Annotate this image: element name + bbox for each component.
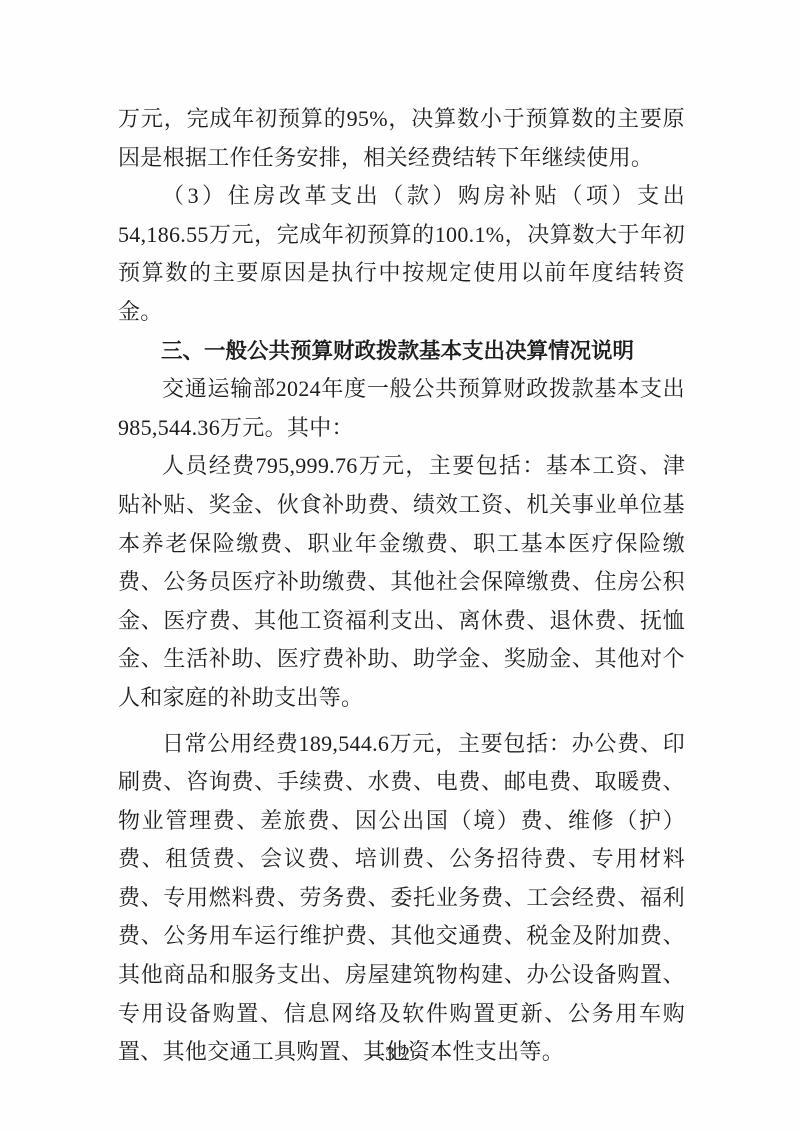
page-number: –32– [0,1043,800,1066]
paragraph: 交通运输部2024年度一般公共预算财政拨款基本支出985,544.36万元。其中… [118,370,685,447]
paragraph: （3）住房改革支出（款）购房补贴（项）支出54,186.55万元，完成年初预算的… [118,177,685,331]
paragraph: 人员经费795,999.76万元，主要包括：基本工资、津贴补贴、奖金、伙食补助费… [118,447,685,717]
document-body: 万元，完成年初预算的95%，决算数小于预算数的主要原因是根据工作任务安排，相关经… [118,100,685,1072]
section-heading: 三、一般公共预算财政拨款基本支出决算情况说明 [118,332,685,371]
paragraph: 日常公用经费189,544.6万元，主要包括：办公费、印刷费、咨询费、手续费、水… [118,725,685,1072]
document-page: 万元，完成年初预算的95%，决算数小于预算数的主要原因是根据工作任务安排，相关经… [0,0,800,1131]
paragraph: 万元，完成年初预算的95%，决算数小于预算数的主要原因是根据工作任务安排，相关经… [118,100,685,177]
